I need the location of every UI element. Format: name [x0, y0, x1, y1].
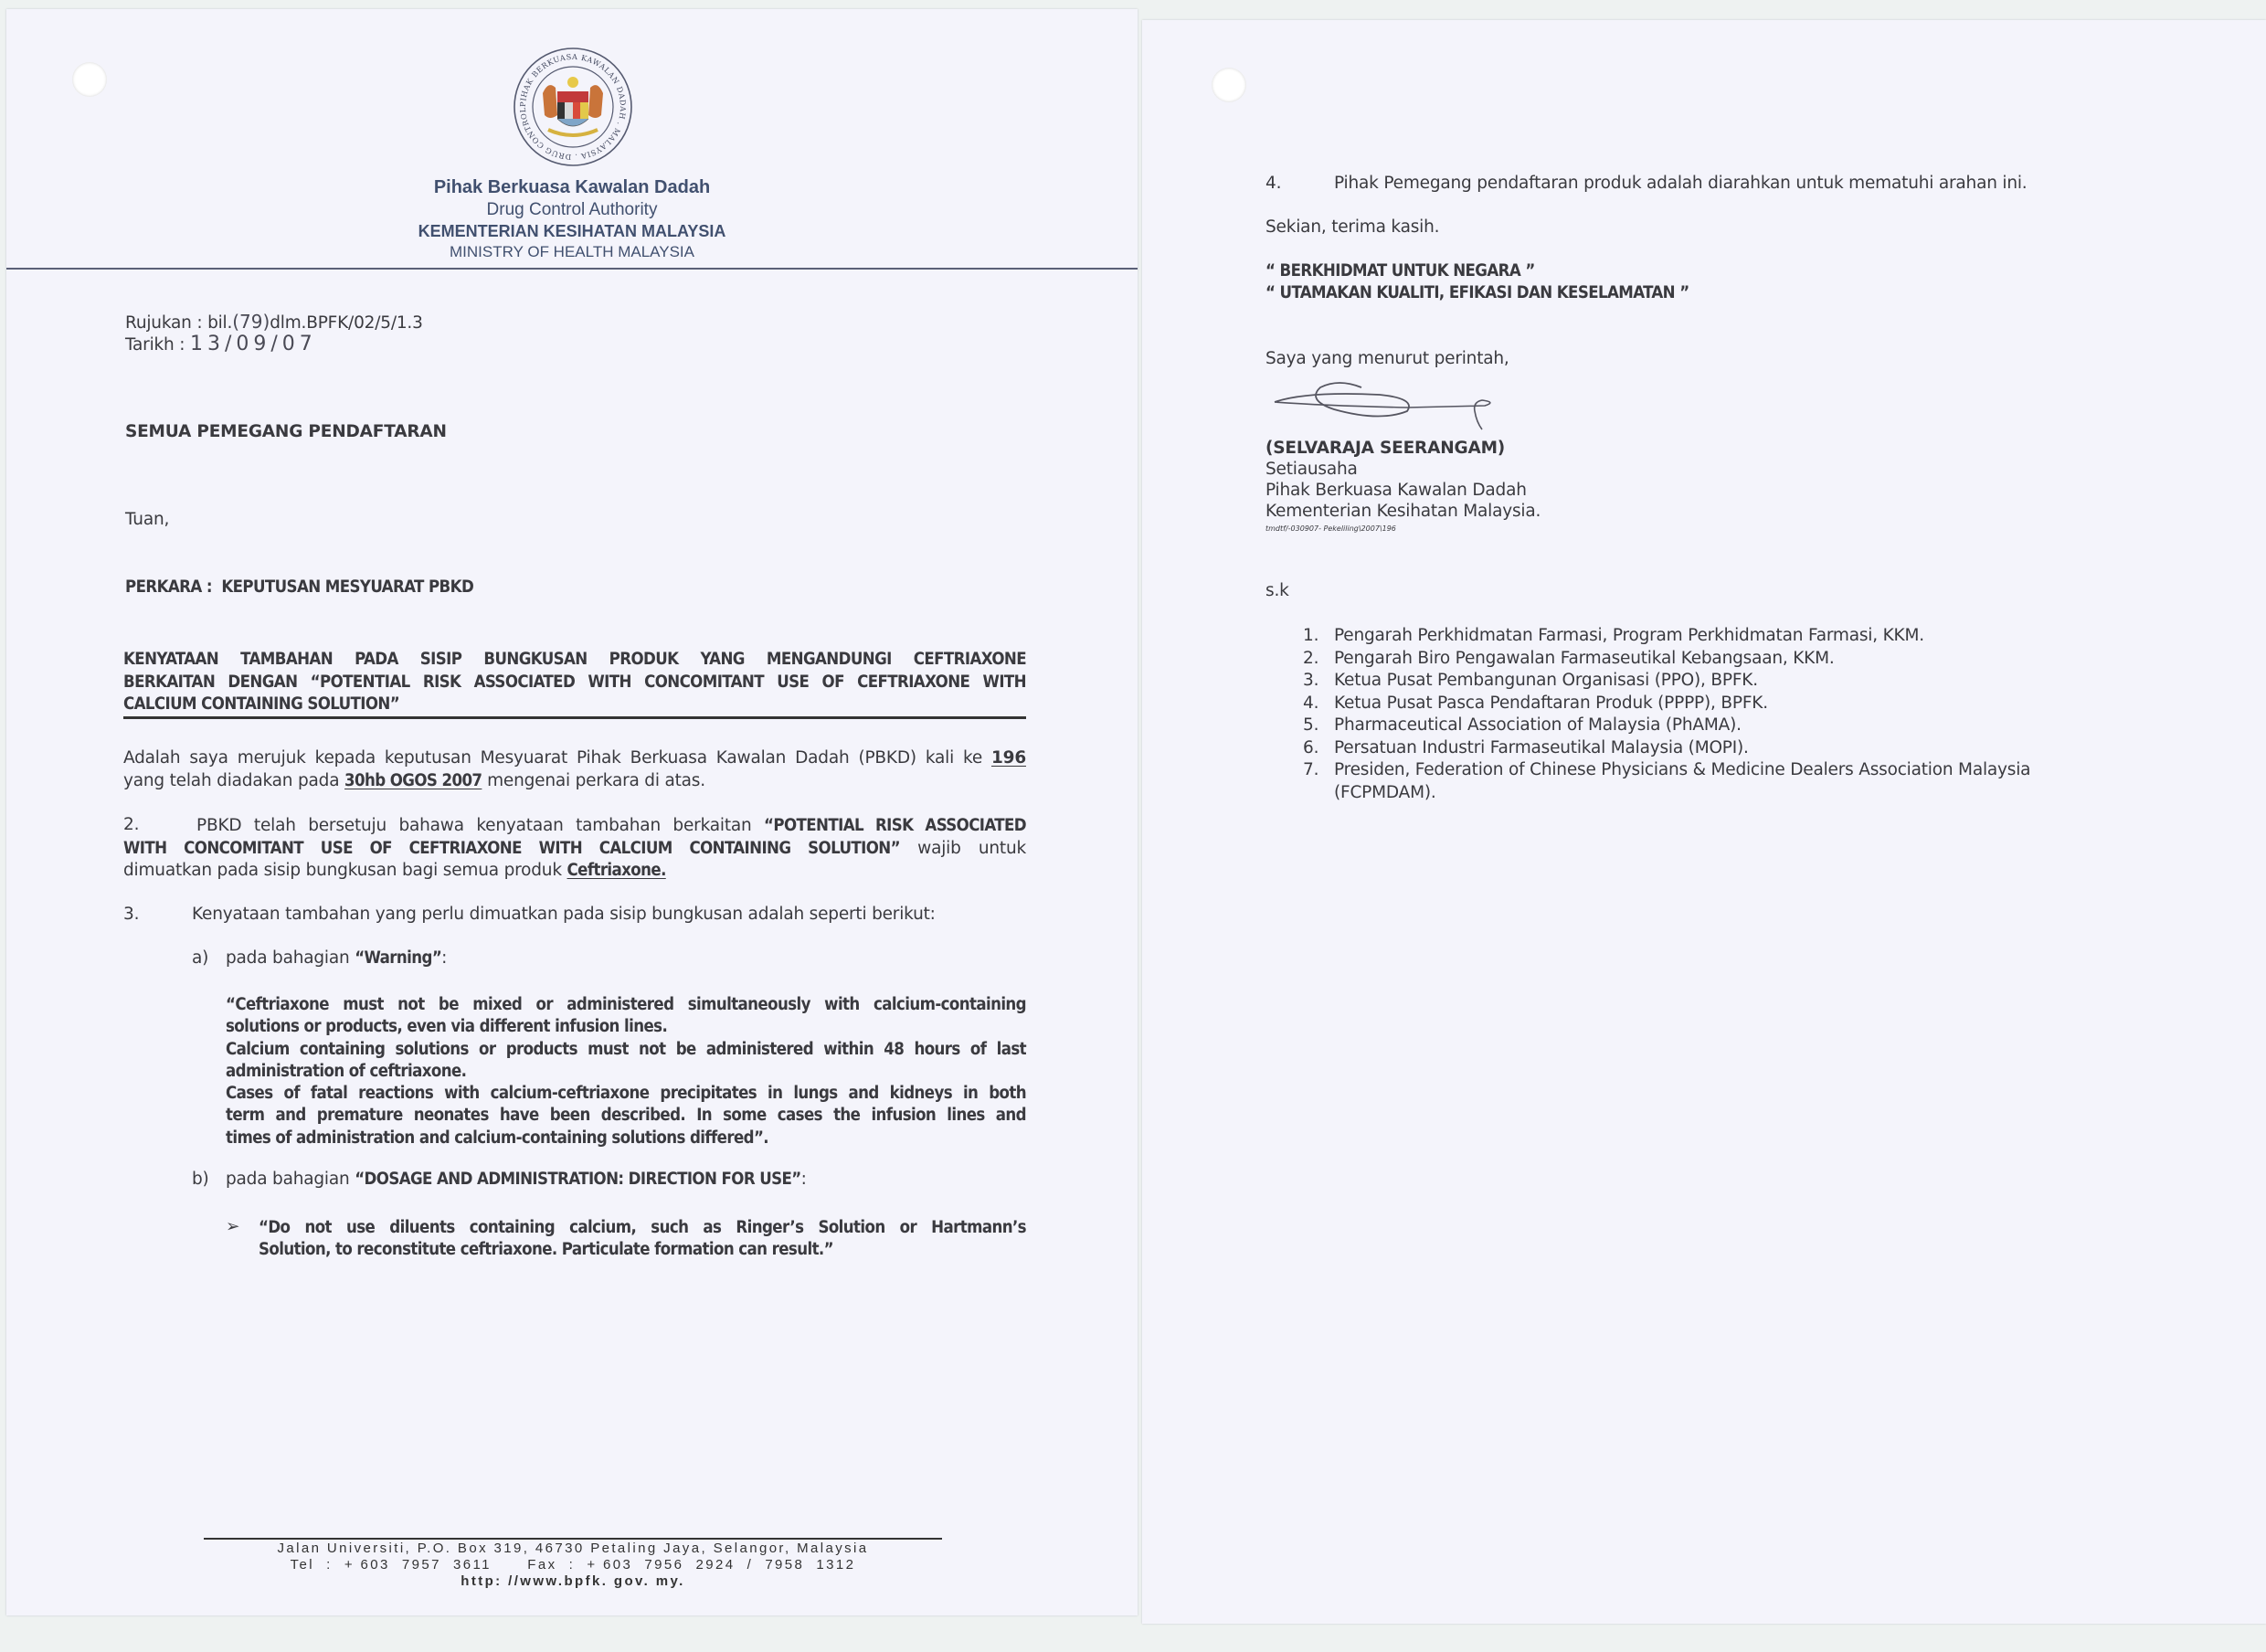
- footer-phone-fax: Tel : + 603 7957 3611 Fax : + 603 7956 2…: [204, 1557, 942, 1573]
- handwritten-date: 13/09/07: [190, 333, 317, 355]
- cc-list-item: 7.Presiden, Federation of Chinese Physic…: [1334, 759, 2266, 782]
- signatory-name: (SELVARAJA SEERANGAM): [1265, 439, 1505, 458]
- punch-hole: [72, 62, 107, 97]
- cc-list-item: (FCPMDAM).: [1334, 782, 2266, 805]
- letter-page-1: PIHAK BERKUASA KAWALAN DADAH . MALAYSIA …: [6, 9, 1138, 1615]
- cc-list-item: 4.Ketua Pusat Pasca Pendaftaran Produk (…: [1334, 693, 2266, 715]
- footer-website-link[interactable]: http: //www.bpfk. gov. my.: [204, 1573, 942, 1589]
- motto-2: “ UTAMAKAN KUALITI, EFIKASI DAN KESELAMA…: [1265, 283, 1689, 302]
- cc-label: s.k: [1265, 581, 1289, 600]
- closing-line: Sekian, terima kasih.: [1265, 217, 1439, 237]
- reference-line: Rujukan : bil.(79)dlm.BPFK/02/5/1.3: [125, 311, 423, 333]
- paragraph-2: PBKD telah bersetuju bahawa kenyataan ta…: [123, 815, 1026, 883]
- cc-list-item: 5.Pharmaceutical Association of Malaysia…: [1334, 715, 2266, 737]
- subject-underline: [123, 716, 1026, 719]
- recipient: SEMUA PEMEGANG PENDAFTARAN: [125, 422, 447, 441]
- cc-item-text: Ketua Pusat Pasca Pendaftaran Produk (PP…: [1334, 694, 1768, 713]
- handwritten-signature-icon: [1270, 375, 1498, 440]
- cc-item-number: 5.: [1303, 715, 1318, 737]
- ministry-name-malay: KEMENTERIAN KESIHATAN MALAYSIA: [6, 222, 1138, 241]
- org-name-english: Drug Control Authority: [6, 200, 1138, 220]
- item-a-heading: pada bahagian “Warning”:: [226, 948, 447, 968]
- sign-off: Saya yang menurut perintah,: [1265, 349, 1509, 368]
- cc-item-text: Ketua Pusat Pembangunan Organisasi (PPO)…: [1334, 671, 1758, 690]
- item-a-marker: a): [192, 948, 208, 968]
- subject-heading: KENYATAAN TAMBAHAN PADA SISIP BUNGKUSAN …: [123, 649, 1026, 716]
- paragraph-1: Adalah saya merujuk kepada keputusan Mes…: [123, 747, 1026, 792]
- paragraph-3-text: Kenyataan tambahan yang perlu dimuatkan …: [192, 905, 936, 924]
- cc-item-text: Presiden, Federation of Chinese Physicia…: [1334, 760, 2030, 779]
- signatory-title: Setiausaha: [1265, 460, 1358, 479]
- signatory-org: Pihak Berkuasa Kawalan Dadah: [1265, 481, 1527, 500]
- warning-quote: “Ceftriaxone must not be mixed or admini…: [226, 994, 1026, 1149]
- cc-item-number: 6.: [1303, 737, 1318, 760]
- dosage-quote: “Do not use diluents containing calcium,…: [259, 1217, 1026, 1262]
- cc-item-number: 7.: [1303, 759, 1318, 782]
- cc-item-number: 1.: [1303, 625, 1318, 648]
- cc-item-number: 3.: [1303, 670, 1318, 693]
- paragraph-4-number: 4.: [1265, 174, 1281, 193]
- footer-divider: [204, 1538, 942, 1540]
- date-line: Tarikh : 13/09/07: [125, 333, 317, 355]
- letter-page-2: 4. Pihak Pemegang pendaftaran produk ada…: [1142, 20, 2266, 1624]
- footer-address: Jalan Universiti, P.O. Box 319, 46730 Pe…: [204, 1541, 942, 1556]
- arrowhead-bullet-icon: ➢: [226, 1217, 239, 1236]
- cc-list-item: 3.Ketua Pusat Pembangunan Organisasi (PP…: [1334, 670, 2266, 693]
- cc-item-text: Pharmaceutical Association of Malaysia (…: [1334, 715, 1742, 735]
- ministry-name-english: MINISTRY OF HEALTH MALAYSIA: [6, 243, 1138, 261]
- handwritten-reference-number: (79): [232, 311, 270, 333]
- perkara-line: PERKARA : KEPUTUSAN MESYUARAT PBKD: [125, 577, 473, 597]
- cc-item-text: Pengarah Perkhidmatan Farmasi, Program P…: [1334, 626, 1924, 645]
- letterhead-divider: [6, 268, 1138, 270]
- cc-list-item: 2.Pengarah Biro Pengawalan Farmaseutikal…: [1334, 648, 2266, 671]
- cc-list-item: 1.Pengarah Perkhidmatan Farmasi, Program…: [1334, 625, 2266, 648]
- cc-list-item: 6.Persatuan Industri Farmaseutikal Malay…: [1334, 737, 2266, 760]
- motto-1: “ BERKHIDMAT UNTUK NEGARA ”: [1265, 261, 1535, 281]
- cc-item-number: 2.: [1303, 648, 1318, 671]
- coat-of-arms-seal-icon: PIHAK BERKUASA KAWALAN DADAH . MALAYSIA …: [512, 46, 634, 168]
- cc-list: 1.Pengarah Perkhidmatan Farmasi, Program…: [1334, 625, 2266, 804]
- org-name-malay: Pihak Berkuasa Kawalan Dadah: [6, 177, 1138, 198]
- salutation: Tuan,: [125, 510, 169, 529]
- paragraph-3-number: 3.: [123, 905, 139, 924]
- paragraph-4-text: Pihak Pemegang pendaftaran produk adalah…: [1334, 174, 2028, 193]
- item-b-marker: b): [192, 1170, 209, 1189]
- cc-item-text: Persatuan Industri Farmaseutikal Malaysi…: [1334, 738, 1749, 757]
- item-b-heading: pada bahagian “DOSAGE AND ADMINISTRATION…: [226, 1170, 807, 1189]
- file-reference: tmdtf/-030907- Pekeliling\2007\196: [1265, 524, 1396, 533]
- signatory-ministry: Kementerian Kesihatan Malaysia.: [1265, 502, 1541, 521]
- cc-item-number: 4.: [1303, 693, 1318, 715]
- punch-hole: [1212, 68, 1246, 102]
- cc-item-text: (FCPMDAM).: [1334, 783, 1436, 802]
- cc-item-text: Pengarah Biro Pengawalan Farmaseutikal K…: [1334, 649, 1835, 668]
